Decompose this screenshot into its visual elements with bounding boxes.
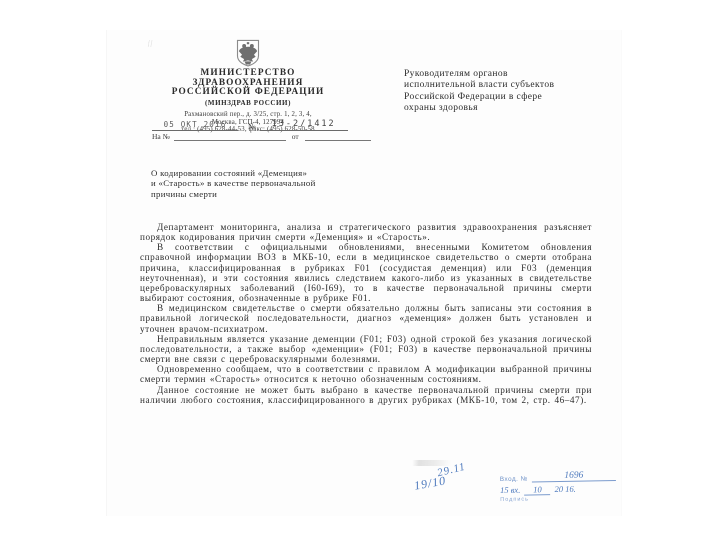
- addressee-line: исполнительной власти субъектов: [404, 80, 614, 91]
- body-paragraph: Одновременно сообщаем, что в соответстви…: [140, 364, 592, 384]
- org-short-name: (МИНЗДРАВ РОССИИ): [150, 99, 346, 108]
- stamp-date-year: 20 16.: [554, 484, 575, 494]
- reference-number-blank-line: [174, 132, 286, 141]
- outgoing-date-number-row: 05 ОКТ 2016 № 13-2/1412: [152, 119, 352, 131]
- addressee-line: Руководителям органов: [404, 69, 614, 80]
- stamp-number-row: Вход. № 1696: [500, 470, 616, 483]
- subject-block: О кодировании состояний «Деменция» и «Ст…: [151, 168, 401, 199]
- addressee-line: Российской Федерации в сфере: [404, 92, 614, 103]
- body-paragraph: Департамент мониторинга, анализа и страт…: [140, 222, 592, 242]
- body-paragraph: Данное состояние не может быть выбрано в…: [140, 385, 592, 405]
- org-address-line: Рахмановский пер., д. 3/25, стр. 1, 2, 3…: [150, 111, 346, 119]
- subject-line: причины смерти: [151, 189, 401, 199]
- stamp-entry-label: Вход. №: [500, 476, 528, 483]
- stamp-date-day: 15 вх.: [500, 485, 520, 495]
- incoming-registration-stamp: Вход. № 1696 15 вх. 10 20 16. Подпись: [500, 470, 617, 503]
- addressee-line: охраны здоровья: [404, 103, 614, 114]
- body-paragraph: Неправильным является указание деменции …: [140, 334, 592, 364]
- reference-row: На № от: [152, 132, 384, 141]
- stamp-date-row: 15 вх. 10 20 16.: [500, 483, 616, 496]
- russia-coat-of-arms-icon: [233, 39, 263, 67]
- addressee-block: Руководителям органов исполнительной вла…: [404, 69, 614, 115]
- number-sign-label: №: [248, 122, 256, 131]
- reference-label: На №: [152, 132, 170, 141]
- reference-from-label: от: [292, 132, 299, 141]
- outgoing-number: 13-2/1412: [260, 119, 348, 131]
- subject-line: и «Старость» в качестве первоначальной: [151, 178, 401, 188]
- body-paragraph: В медицинском свидетельстве о смерти обя…: [140, 303, 592, 333]
- stamp-date-month: 10: [524, 484, 550, 495]
- stamp-entry-number: 1696: [532, 470, 616, 482]
- org-name-line: РОССИЙСКОЙ ФЕДЕРАЦИИ: [150, 88, 346, 98]
- scanned-letter-screenshot: МИНИСТЕРСТВО ЗДРАВООХРАНЕНИЯ РОССИЙСКОЙ …: [0, 0, 720, 540]
- letter-body: Департамент мониторинга, анализа и страт…: [140, 222, 592, 405]
- scan-layer: МИНИСТЕРСТВО ЗДРАВООХРАНЕНИЯ РОССИЙСКОЙ …: [0, 0, 720, 540]
- date-stamp: 05 ОКТ 2016: [152, 120, 238, 131]
- handwritten-date-mark: 19/10: [413, 473, 447, 493]
- subject-line: О кодировании состояний «Деменция»: [151, 168, 401, 178]
- stamp-signature-label: Подпись: [500, 495, 616, 503]
- reference-date-blank-line: [305, 132, 371, 141]
- body-paragraph: В соответствии с официальными обновления…: [140, 242, 592, 303]
